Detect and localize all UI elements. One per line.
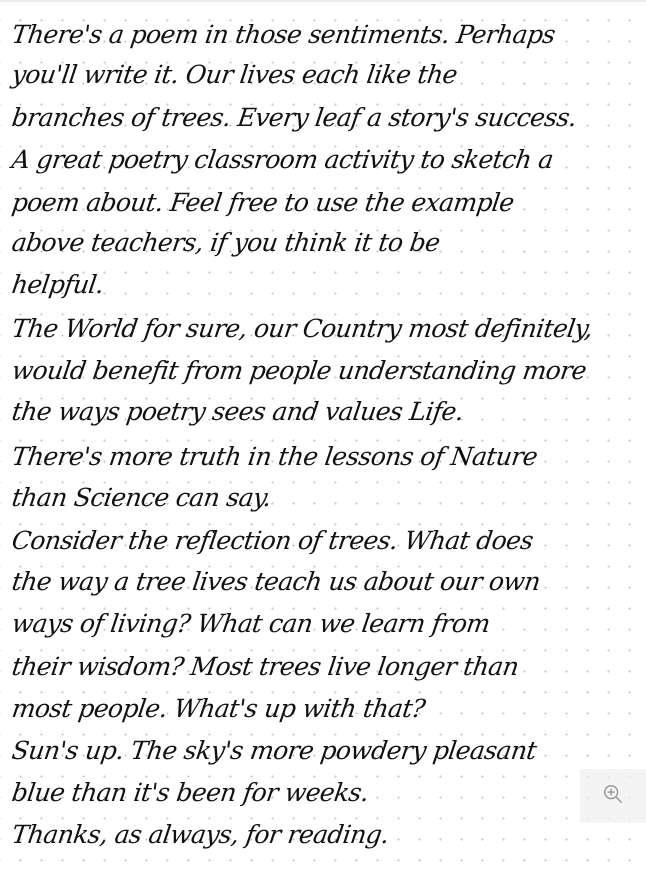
text-line: helpful. xyxy=(10,270,105,299)
dot-grid-page: There's a poem in those sentiments. Perh… xyxy=(0,2,646,879)
text-line: blue than it's been for weeks. xyxy=(10,778,370,807)
text-line: Consider the reflection of trees. What d… xyxy=(10,526,535,555)
text-line: you'll write it. Our lives each like the xyxy=(10,60,459,89)
text-line: than Science can say. xyxy=(10,483,273,512)
text-line: Thanks, as always, for reading. xyxy=(10,820,391,849)
text-line: ways of living? What can we learn from xyxy=(10,609,492,638)
zoom-in-icon xyxy=(602,783,624,810)
text-line: There's more truth in the lessons of Nat… xyxy=(10,442,539,471)
text-line: poem about. Feel free to use the example xyxy=(10,188,516,217)
text-line: the way a tree lives teach us about our … xyxy=(10,567,542,596)
text-line: would benefit from people understanding … xyxy=(10,356,588,385)
text-line: branches of trees. Every leaf a story's … xyxy=(10,103,578,132)
text-line: Sun's up. The sky's more powdery pleasan… xyxy=(10,736,538,765)
text-line: their wisdom? Most trees live longer tha… xyxy=(10,652,520,681)
zoom-in-button[interactable] xyxy=(580,769,646,823)
text-line: most people. What's up with that? xyxy=(10,694,427,723)
text-line: There's a poem in those sentiments. Perh… xyxy=(10,20,557,49)
text-line: above teachers, if you think it to be xyxy=(10,228,442,257)
text-line: A great poetry classroom activity to ske… xyxy=(10,145,555,174)
text-line: The World for sure, our Country most def… xyxy=(10,314,594,343)
text-line: the ways poetry sees and values Life. xyxy=(10,397,465,426)
